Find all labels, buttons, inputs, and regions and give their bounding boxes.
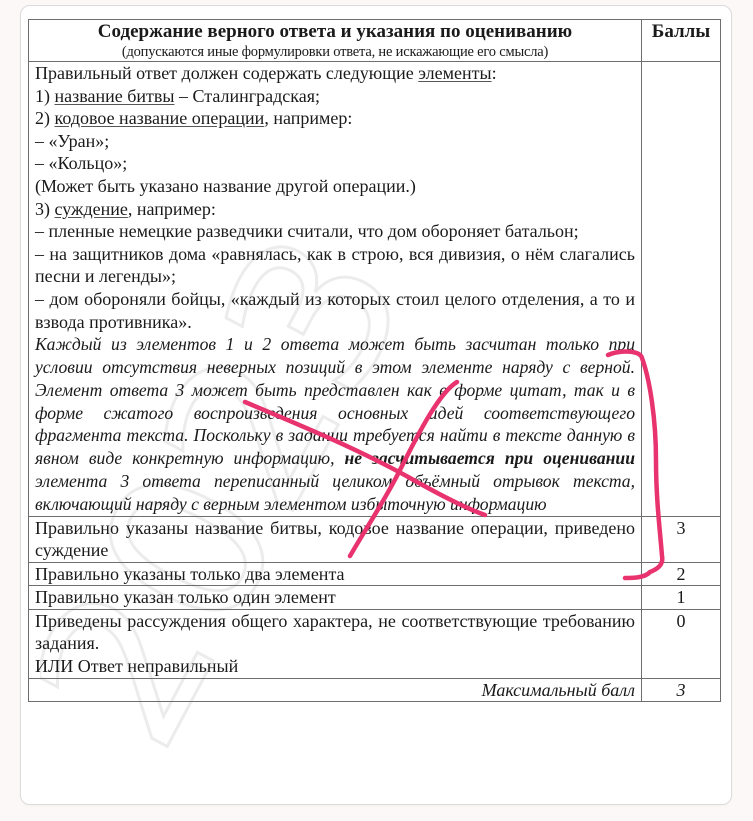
grading-note: Каждый из элементов 1 и 2 ответа может б… bbox=[35, 333, 635, 515]
answer-item-3: 3) суждение, например: bbox=[35, 198, 635, 221]
answer-intro: Правильный ответ должен содержать следую… bbox=[35, 62, 635, 85]
answer-cell: Правильный ответ должен содержать следую… bbox=[29, 62, 642, 517]
rubric-table: Содержание верного ответа и указания по … bbox=[28, 19, 721, 702]
criterion-text: Правильно указаны название битвы, кодово… bbox=[29, 516, 642, 562]
criterion-row: Приведены рассуждения общего характера, … bbox=[29, 609, 721, 678]
answer-item-2-example: – «Уран»; bbox=[35, 130, 635, 153]
answer-item-2: 2) кодовое название операции, например: bbox=[35, 107, 635, 130]
criterion-row: Правильно указаны только два элемента 2 bbox=[29, 562, 721, 586]
answer-item-3-example: – дом обороняли бойцы, «каждый из которы… bbox=[35, 288, 635, 333]
answer-item-2-note: (Может быть указано название другой опер… bbox=[35, 175, 635, 198]
header-subtitle: (допускаются иные формулировки ответа, н… bbox=[35, 43, 635, 61]
criterion-score: 3 bbox=[642, 516, 721, 562]
answer-row: Правильный ответ должен содержать следую… bbox=[29, 62, 721, 517]
criterion-text: Правильно указаны только два элемента bbox=[29, 562, 642, 586]
answer-item-3-example: – на защитников дома «равнялась, как в с… bbox=[35, 243, 635, 288]
answer-item-1: 1) название битвы – Сталинградская; bbox=[35, 85, 635, 108]
criterion-score: 2 bbox=[642, 562, 721, 586]
answer-score-cell bbox=[642, 62, 721, 517]
answer-item-2-example: – «Кольцо»; bbox=[35, 152, 635, 175]
criterion-row: Правильно указаны название битвы, кодово… bbox=[29, 516, 721, 562]
max-score-label: Максимальный балл bbox=[29, 678, 642, 702]
criterion-score: 1 bbox=[642, 586, 721, 610]
criterion-text: Приведены рассуждения общего характера, … bbox=[29, 609, 642, 678]
header-title: Содержание верного ответа и указания по … bbox=[35, 20, 635, 43]
criterion-row: Правильно указан только один элемент 1 bbox=[29, 586, 721, 610]
max-score-row: Максимальный балл 3 bbox=[29, 678, 721, 702]
max-score-value: 3 bbox=[642, 678, 721, 702]
header-row: Содержание верного ответа и указания по … bbox=[29, 20, 721, 62]
answer-item-3-example: – пленные немецкие разведчики считали, ч… bbox=[35, 220, 635, 243]
criterion-score: 0 bbox=[642, 609, 721, 678]
criterion-text: Правильно указан только один элемент bbox=[29, 586, 642, 610]
header-content-cell: Содержание верного ответа и указания по … bbox=[29, 20, 642, 62]
header-score-cell: Баллы bbox=[642, 20, 721, 62]
